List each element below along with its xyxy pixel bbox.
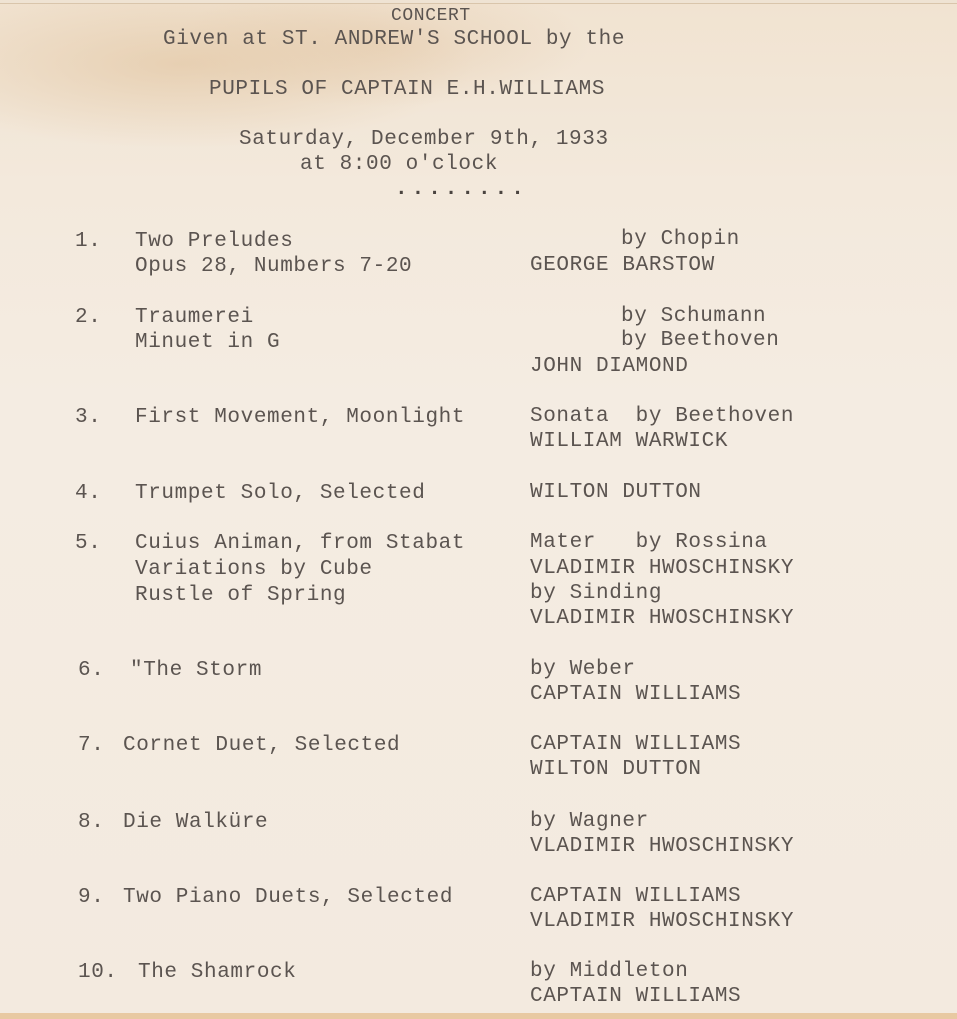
- item-number: 3.: [75, 406, 101, 430]
- piece-title: Two Preludes: [135, 230, 293, 254]
- composer: Sonata by Beethoven: [530, 405, 794, 429]
- performer: JOHN DIAMOND: [530, 355, 688, 379]
- performer: GEORGE BARSTOW: [530, 254, 715, 278]
- composer: by Sinding: [530, 582, 662, 606]
- performer: CAPTAIN WILLIAMS: [530, 985, 741, 1009]
- pupils-line: PUPILS OF CAPTAIN E.H.WILLIAMS: [209, 78, 605, 102]
- item-number: 2.: [75, 306, 101, 330]
- time-line: at 8:00 o'clock: [300, 153, 498, 177]
- composer: by Beethoven: [621, 329, 779, 353]
- item-number: 4.: [75, 482, 101, 506]
- piece-title: The Shamrock: [138, 961, 296, 985]
- composer: Mater by Rossina: [530, 531, 768, 555]
- item-number: 9.: [78, 886, 104, 910]
- performer: VLADIMIR HWOSCHINSKY: [530, 835, 794, 859]
- item-number: 1.: [75, 230, 101, 254]
- separator-dots: ........: [395, 178, 528, 202]
- item-number: 7.: [78, 734, 104, 758]
- performer: CAPTAIN WILLIAMS: [530, 885, 741, 909]
- piece-title: Rustle of Spring: [135, 584, 346, 608]
- item-number: 8.: [78, 811, 104, 835]
- piece-title: Cuius Animan, from Stabat: [135, 532, 465, 556]
- item-number: 6.: [78, 659, 104, 683]
- piece-title: Minuet in G: [135, 331, 280, 355]
- venue-line: Given at ST. ANDREW'S SCHOOL by the: [163, 28, 625, 52]
- item-number: 5.: [75, 532, 101, 556]
- date-line: Saturday, December 9th, 1933: [239, 128, 609, 152]
- piece-title: "The Storm: [130, 659, 262, 683]
- performer: VLADIMIR HWOSCHINSKY: [530, 557, 794, 581]
- item-number: 10.: [78, 961, 118, 985]
- piece-title: Trumpet Solo, Selected: [135, 482, 425, 506]
- composer: by Chopin: [621, 228, 740, 252]
- piece-title: First Movement, Moonlight: [135, 406, 465, 430]
- concert-title: CONCERT: [391, 4, 471, 28]
- piece-title: Die Walküre: [123, 811, 268, 835]
- performer: CAPTAIN WILLIAMS: [530, 683, 741, 707]
- performer: WILLIAM WARWICK: [530, 430, 728, 454]
- paper-edge: [0, 1013, 957, 1019]
- composer: by Schumann: [621, 305, 766, 329]
- piece-title: Traumerei: [135, 306, 254, 330]
- piece-title: Variations by Cube: [135, 558, 373, 582]
- piece-title: Cornet Duet, Selected: [123, 734, 400, 758]
- composer: by Middleton: [530, 960, 688, 984]
- piece-title: Opus 28, Numbers 7-20: [135, 255, 412, 279]
- composer: by Weber: [530, 658, 636, 682]
- performer: WILTON DUTTON: [530, 481, 702, 505]
- performer: VLADIMIR HWOSCHINSKY: [530, 607, 794, 631]
- performer: VLADIMIR HWOSCHINSKY: [530, 910, 794, 934]
- piece-title: Two Piano Duets, Selected: [123, 886, 453, 910]
- performer: WILTON DUTTON: [530, 758, 702, 782]
- performer: CAPTAIN WILLIAMS: [530, 733, 741, 757]
- composer: by Wagner: [530, 810, 649, 834]
